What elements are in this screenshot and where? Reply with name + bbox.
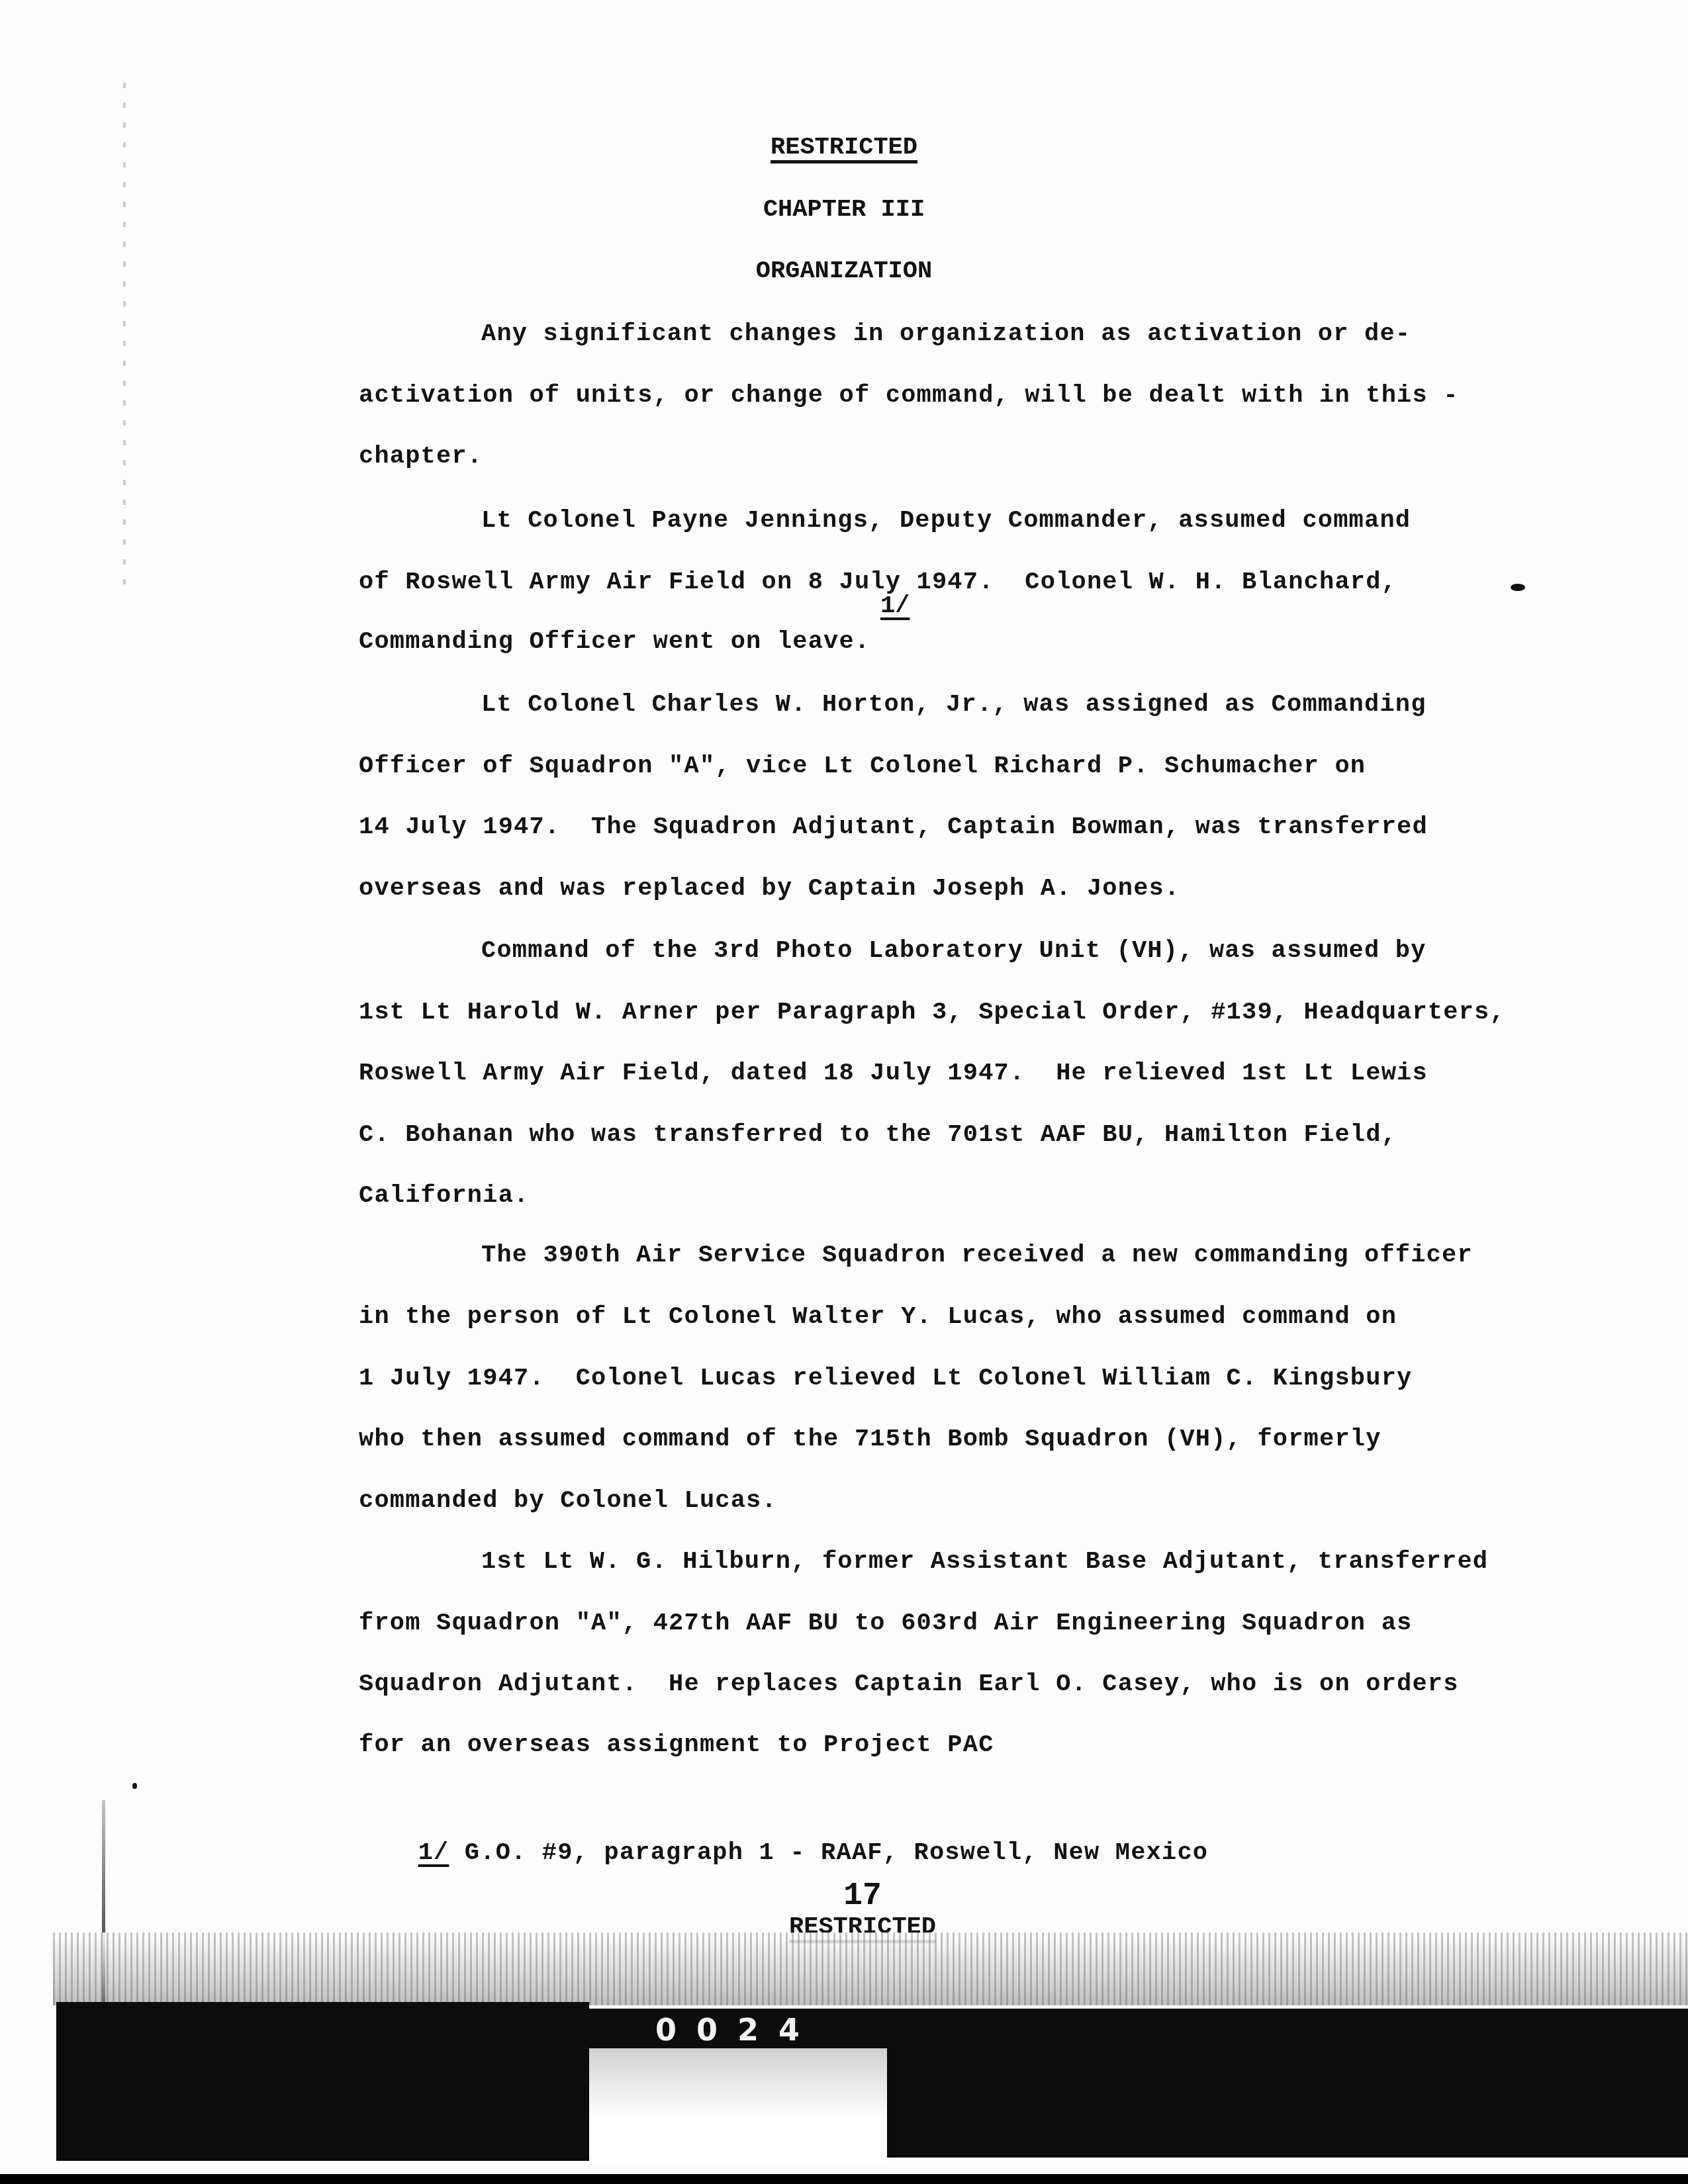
paragraph-6-line-1: 1st Lt W. G. Hilburn, former Assistant B… — [481, 1545, 1488, 1578]
paragraph-2-line-2: of Roswell Army Air Field on 8 July 1947… — [359, 566, 1397, 599]
paragraph-3-line-3: 14 July 1947. The Squadron Adjutant, Cap… — [359, 811, 1428, 844]
paragraph-5-line-3: 1 July 1947. Colonel Lucas relieved Lt C… — [359, 1362, 1412, 1395]
page-number: 17 — [19, 1880, 1688, 1913]
film-edge-right — [887, 2009, 1688, 2158]
paragraph-6-line-4: for an overseas assignment to Project PA… — [359, 1729, 994, 1762]
ink-blot — [1511, 584, 1525, 591]
paragraph-4-line-4: C. Bohanan who was transferred to the 70… — [359, 1118, 1397, 1152]
paragraph-1-line-2: activation of units, or change of comman… — [359, 379, 1459, 412]
paragraph-4-line-3: Roswell Army Air Field, dated 18 July 19… — [359, 1057, 1428, 1090]
paragraph-6-line-2: from Squadron "A", 427th AAF BU to 603rd… — [359, 1607, 1412, 1640]
paragraph-3-line-2: Officer of Squadron "A", vice Lt Colonel… — [359, 750, 1366, 783]
document-page: RESTRICTED CHAPTER III ORGANIZATION Any … — [0, 0, 1688, 2184]
chapter-heading: CHAPTER III — [0, 193, 1688, 226]
footnote-reference: 1/ — [880, 592, 910, 620]
ink-dot — [132, 1783, 137, 1789]
paragraph-5-line-5: commanded by Colonel Lucas. — [359, 1484, 777, 1518]
footnote-text: G.O. #9, paragraph 1 - RAAF, Roswell, Ne… — [449, 1839, 1208, 1867]
paragraph-6-line-3: Squadron Adjutant. He replaces Captain E… — [359, 1668, 1459, 1701]
paragraph-3-line-4: overseas and was replaced by Captain Jos… — [359, 872, 1180, 905]
scan-noise-band — [53, 1933, 1688, 2005]
scan-bottom-edge — [0, 2174, 1688, 2184]
paragraph-1-line-3: chapter. — [359, 440, 483, 473]
paragraph-4-line-2: 1st Lt Harold W. Arner per Paragraph 3, … — [359, 996, 1505, 1029]
chapter-title: ORGANIZATION — [0, 255, 1688, 288]
paragraph-3-line-1: Lt Colonel Charles W. Horton, Jr., was a… — [481, 688, 1427, 721]
film-frame-number: 0024 — [655, 2012, 820, 2048]
footnote-mark: 1/ — [418, 1839, 449, 1867]
paragraph-5-line-1: The 390th Air Service Squadron received … — [481, 1239, 1473, 1272]
paragraph-1-line-1: Any significant changes in organization … — [481, 318, 1411, 351]
paragraph-5-line-4: who then assumed command of the 715th Bo… — [359, 1423, 1382, 1456]
film-notch — [589, 2048, 887, 2164]
paragraph-4-line-1: Command of the 3rd Photo Laboratory Unit… — [481, 934, 1427, 968]
paragraph-2-line-1: Lt Colonel Payne Jennings, Deputy Comman… — [481, 504, 1411, 537]
paragraph-4-line-5: California. — [359, 1179, 529, 1212]
classification-header: RESTRICTED — [0, 131, 1688, 164]
paragraph-5-line-2: in the person of Lt Colonel Walter Y. Lu… — [359, 1300, 1397, 1334]
film-edge-left — [56, 2002, 589, 2161]
paragraph-2-line-3: Commanding Officer went on leave. — [359, 625, 870, 659]
